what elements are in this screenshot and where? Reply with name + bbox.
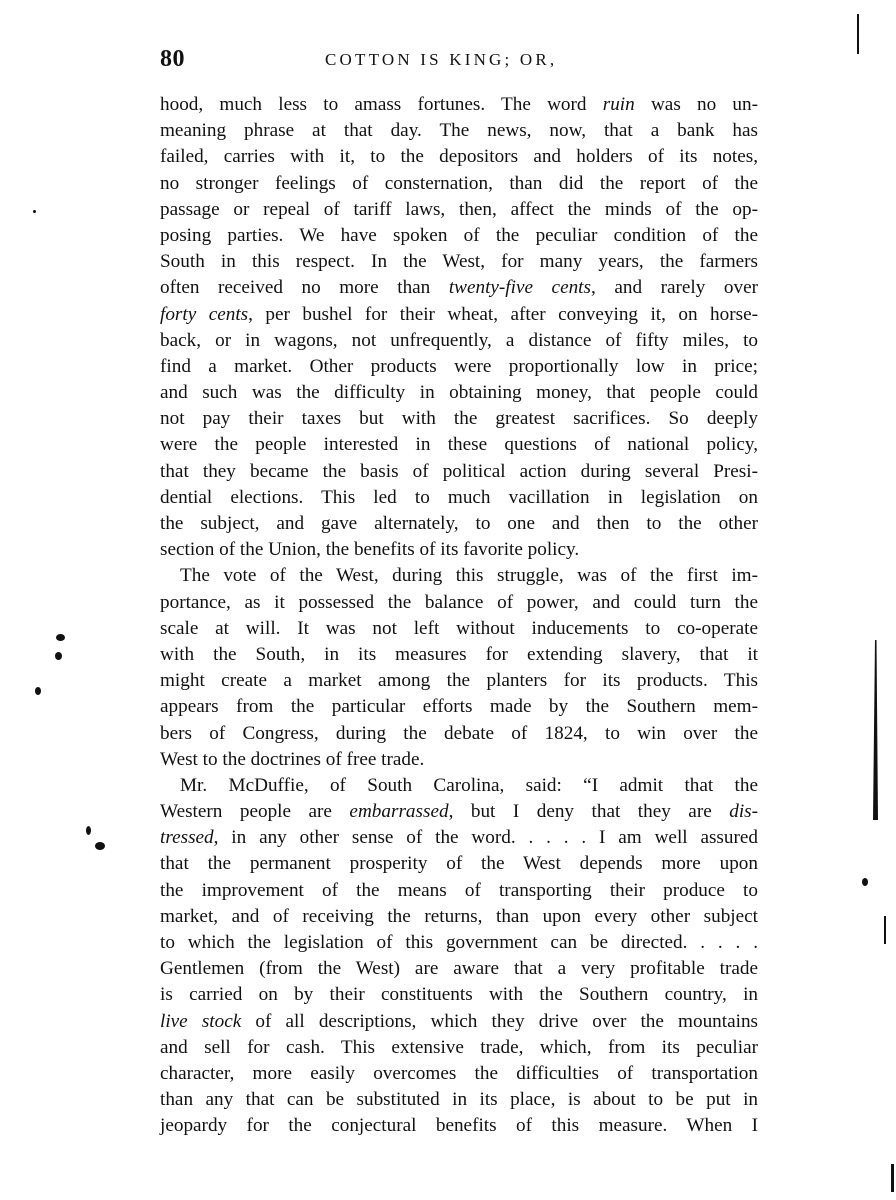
italic-emphasis: forty cents xyxy=(160,304,248,325)
page-number: 80 xyxy=(160,46,185,73)
scan-artifact-speck xyxy=(862,878,868,886)
scan-artifact-streak xyxy=(873,640,878,820)
text-run: might create a market among the planters… xyxy=(160,670,758,691)
text-line: section of the Union, the benefits of it… xyxy=(160,537,758,563)
scanned-book-page: 80 COTTON IS KING; OR, hood, much less t… xyxy=(0,0,896,1200)
italic-emphasis: tressed xyxy=(160,827,214,848)
text-run: posing parties. We have spoken of the pe… xyxy=(160,225,758,246)
text-run: hood, much less to amass fortunes. The w… xyxy=(160,94,603,115)
text-line: were the people interested in these ques… xyxy=(160,432,758,458)
text-line: live stock of all descriptions, which th… xyxy=(160,1009,758,1035)
text-run: , and rarely over xyxy=(591,277,758,298)
text-line: not pay their taxes but with the greates… xyxy=(160,406,758,432)
text-line: failed, carries with it, to the deposito… xyxy=(160,144,758,170)
text-line: forty cents, per bushel for their wheat,… xyxy=(160,302,758,328)
page-header: 80 COTTON IS KING; OR, xyxy=(160,46,758,76)
text-run: the improvement of the means of transpor… xyxy=(160,880,758,901)
scan-artifact-speck xyxy=(86,826,91,835)
running-title: COTTON IS KING; OR, xyxy=(325,50,557,70)
text-line: jeopardy for the conjectural benefits of… xyxy=(160,1113,758,1139)
body-text: hood, much less to amass fortunes. The w… xyxy=(160,92,758,1140)
text-run: portance, as it possessed the balance of… xyxy=(160,592,758,613)
text-run: bers of Congress, during the debate of 1… xyxy=(160,723,758,744)
text-run: jeopardy for the conjectural benefits of… xyxy=(160,1115,758,1136)
text-line: might create a market among the planters… xyxy=(160,668,758,694)
italic-emphasis: ruin xyxy=(603,94,635,115)
scan-artifact-speck xyxy=(56,634,65,641)
text-line: tressed, in any other sense of the word.… xyxy=(160,825,758,851)
scan-artifact-speck xyxy=(35,687,41,695)
scan-artifact-streak xyxy=(891,1164,894,1192)
text-run: , but I deny that they are xyxy=(449,801,730,822)
text-run: back, or in wagons, not unfrequently, a … xyxy=(160,330,758,351)
text-line: The vote of the West, during this strugg… xyxy=(160,563,758,589)
italic-emphasis: embarrassed xyxy=(349,801,448,822)
text-run: South in this respect. In the West, for … xyxy=(160,251,758,272)
text-run: failed, carries with it, to the deposito… xyxy=(160,146,758,167)
text-line: often received no more than twenty-five … xyxy=(160,275,758,301)
scan-artifact-speck xyxy=(95,842,105,850)
text-line: than any that can be substituted in its … xyxy=(160,1087,758,1113)
text-line: passage or repeal of tariff laws, then, … xyxy=(160,197,758,223)
text-line: appears from the particular efforts made… xyxy=(160,694,758,720)
text-line: the subject, and gave alternately, to on… xyxy=(160,511,758,537)
text-run: than any that can be substituted in its … xyxy=(160,1089,758,1110)
text-run: , per bushel for their wheat, after conv… xyxy=(248,304,758,325)
italic-emphasis: twenty-five cents xyxy=(449,277,591,298)
text-run: Mr. McDuffie, of South Carolina, said: “… xyxy=(180,775,758,796)
text-line: back, or in wagons, not unfrequently, a … xyxy=(160,328,758,354)
text-run: Western people are xyxy=(160,801,349,822)
text-line: meaning phrase at that day. The news, no… xyxy=(160,118,758,144)
text-line: Gentlemen (from the West) are aware that… xyxy=(160,956,758,982)
text-run: the subject, and gave alternately, to on… xyxy=(160,513,758,534)
scan-artifact-speck xyxy=(33,210,36,213)
text-line: the improvement of the means of transpor… xyxy=(160,878,758,904)
text-run: to which the legislation of this governm… xyxy=(160,932,758,953)
text-run: The vote of the West, during this strugg… xyxy=(180,565,758,586)
text-run: appears from the particular efforts made… xyxy=(160,696,758,717)
text-line: find a market. Other products were propo… xyxy=(160,354,758,380)
text-run: Gentlemen (from the West) are aware that… xyxy=(160,958,758,979)
text-line: that the permanent prosperity of the Wes… xyxy=(160,851,758,877)
text-run: not pay their taxes but with the greates… xyxy=(160,408,758,429)
text-line: dential elections. This led to much vaci… xyxy=(160,485,758,511)
text-run: was no un- xyxy=(635,94,758,115)
text-run: scale at will. It was not left without i… xyxy=(160,618,758,639)
text-line: scale at will. It was not left without i… xyxy=(160,616,758,642)
text-line: West to the doctrines of free trade. xyxy=(160,747,758,773)
text-line: is carried on by their constituents with… xyxy=(160,982,758,1008)
text-run: of all descriptions, which they drive ov… xyxy=(241,1011,758,1032)
text-line: bers of Congress, during the debate of 1… xyxy=(160,721,758,747)
text-run: section of the Union, the benefits of it… xyxy=(160,539,579,560)
text-line: portance, as it possessed the balance of… xyxy=(160,590,758,616)
text-run: and sell for cash. This extensive trade,… xyxy=(160,1037,758,1058)
text-run: , in any other sense of the word. . . . … xyxy=(214,827,758,848)
scan-artifact-streak xyxy=(857,14,859,54)
text-run: no stronger feelings of consternation, t… xyxy=(160,173,758,194)
text-line: to which the legislation of this governm… xyxy=(160,930,758,956)
text-line: character, more easily overcomes the dif… xyxy=(160,1061,758,1087)
text-line: no stronger feelings of consternation, t… xyxy=(160,171,758,197)
italic-emphasis: live stock xyxy=(160,1011,241,1032)
scan-artifact-streak xyxy=(884,916,886,944)
text-run: with the South, in its measures for exte… xyxy=(160,644,758,665)
text-run: market, and of receiving the returns, th… xyxy=(160,906,758,927)
text-run: is carried on by their constituents with… xyxy=(160,984,758,1005)
text-line: that they became the basis of political … xyxy=(160,459,758,485)
text-run: West to the doctrines of free trade. xyxy=(160,749,424,770)
text-line: hood, much less to amass fortunes. The w… xyxy=(160,92,758,118)
scan-artifact-speck xyxy=(55,652,62,660)
text-run: meaning phrase at that day. The news, no… xyxy=(160,120,758,141)
text-line: posing parties. We have spoken of the pe… xyxy=(160,223,758,249)
text-run: that they became the basis of political … xyxy=(160,461,758,482)
italic-emphasis: dis- xyxy=(729,801,758,822)
text-run: character, more easily overcomes the dif… xyxy=(160,1063,758,1084)
text-run: passage or repeal of tariff laws, then, … xyxy=(160,199,758,220)
text-run: often received no more than xyxy=(160,277,449,298)
text-line: and sell for cash. This extensive trade,… xyxy=(160,1035,758,1061)
text-run: were the people interested in these ques… xyxy=(160,434,758,455)
text-line: with the South, in its measures for exte… xyxy=(160,642,758,668)
text-run: that the permanent prosperity of the Wes… xyxy=(160,853,758,874)
text-run: find a market. Other products were propo… xyxy=(160,356,758,377)
text-line: and such was the difficulty in obtaining… xyxy=(160,380,758,406)
text-run: and such was the difficulty in obtaining… xyxy=(160,382,758,403)
text-line: Western people are embarrassed, but I de… xyxy=(160,799,758,825)
text-line: South in this respect. In the West, for … xyxy=(160,249,758,275)
text-line: market, and of receiving the returns, th… xyxy=(160,904,758,930)
text-run: dential elections. This led to much vaci… xyxy=(160,487,758,508)
text-line: Mr. McDuffie, of South Carolina, said: “… xyxy=(160,773,758,799)
